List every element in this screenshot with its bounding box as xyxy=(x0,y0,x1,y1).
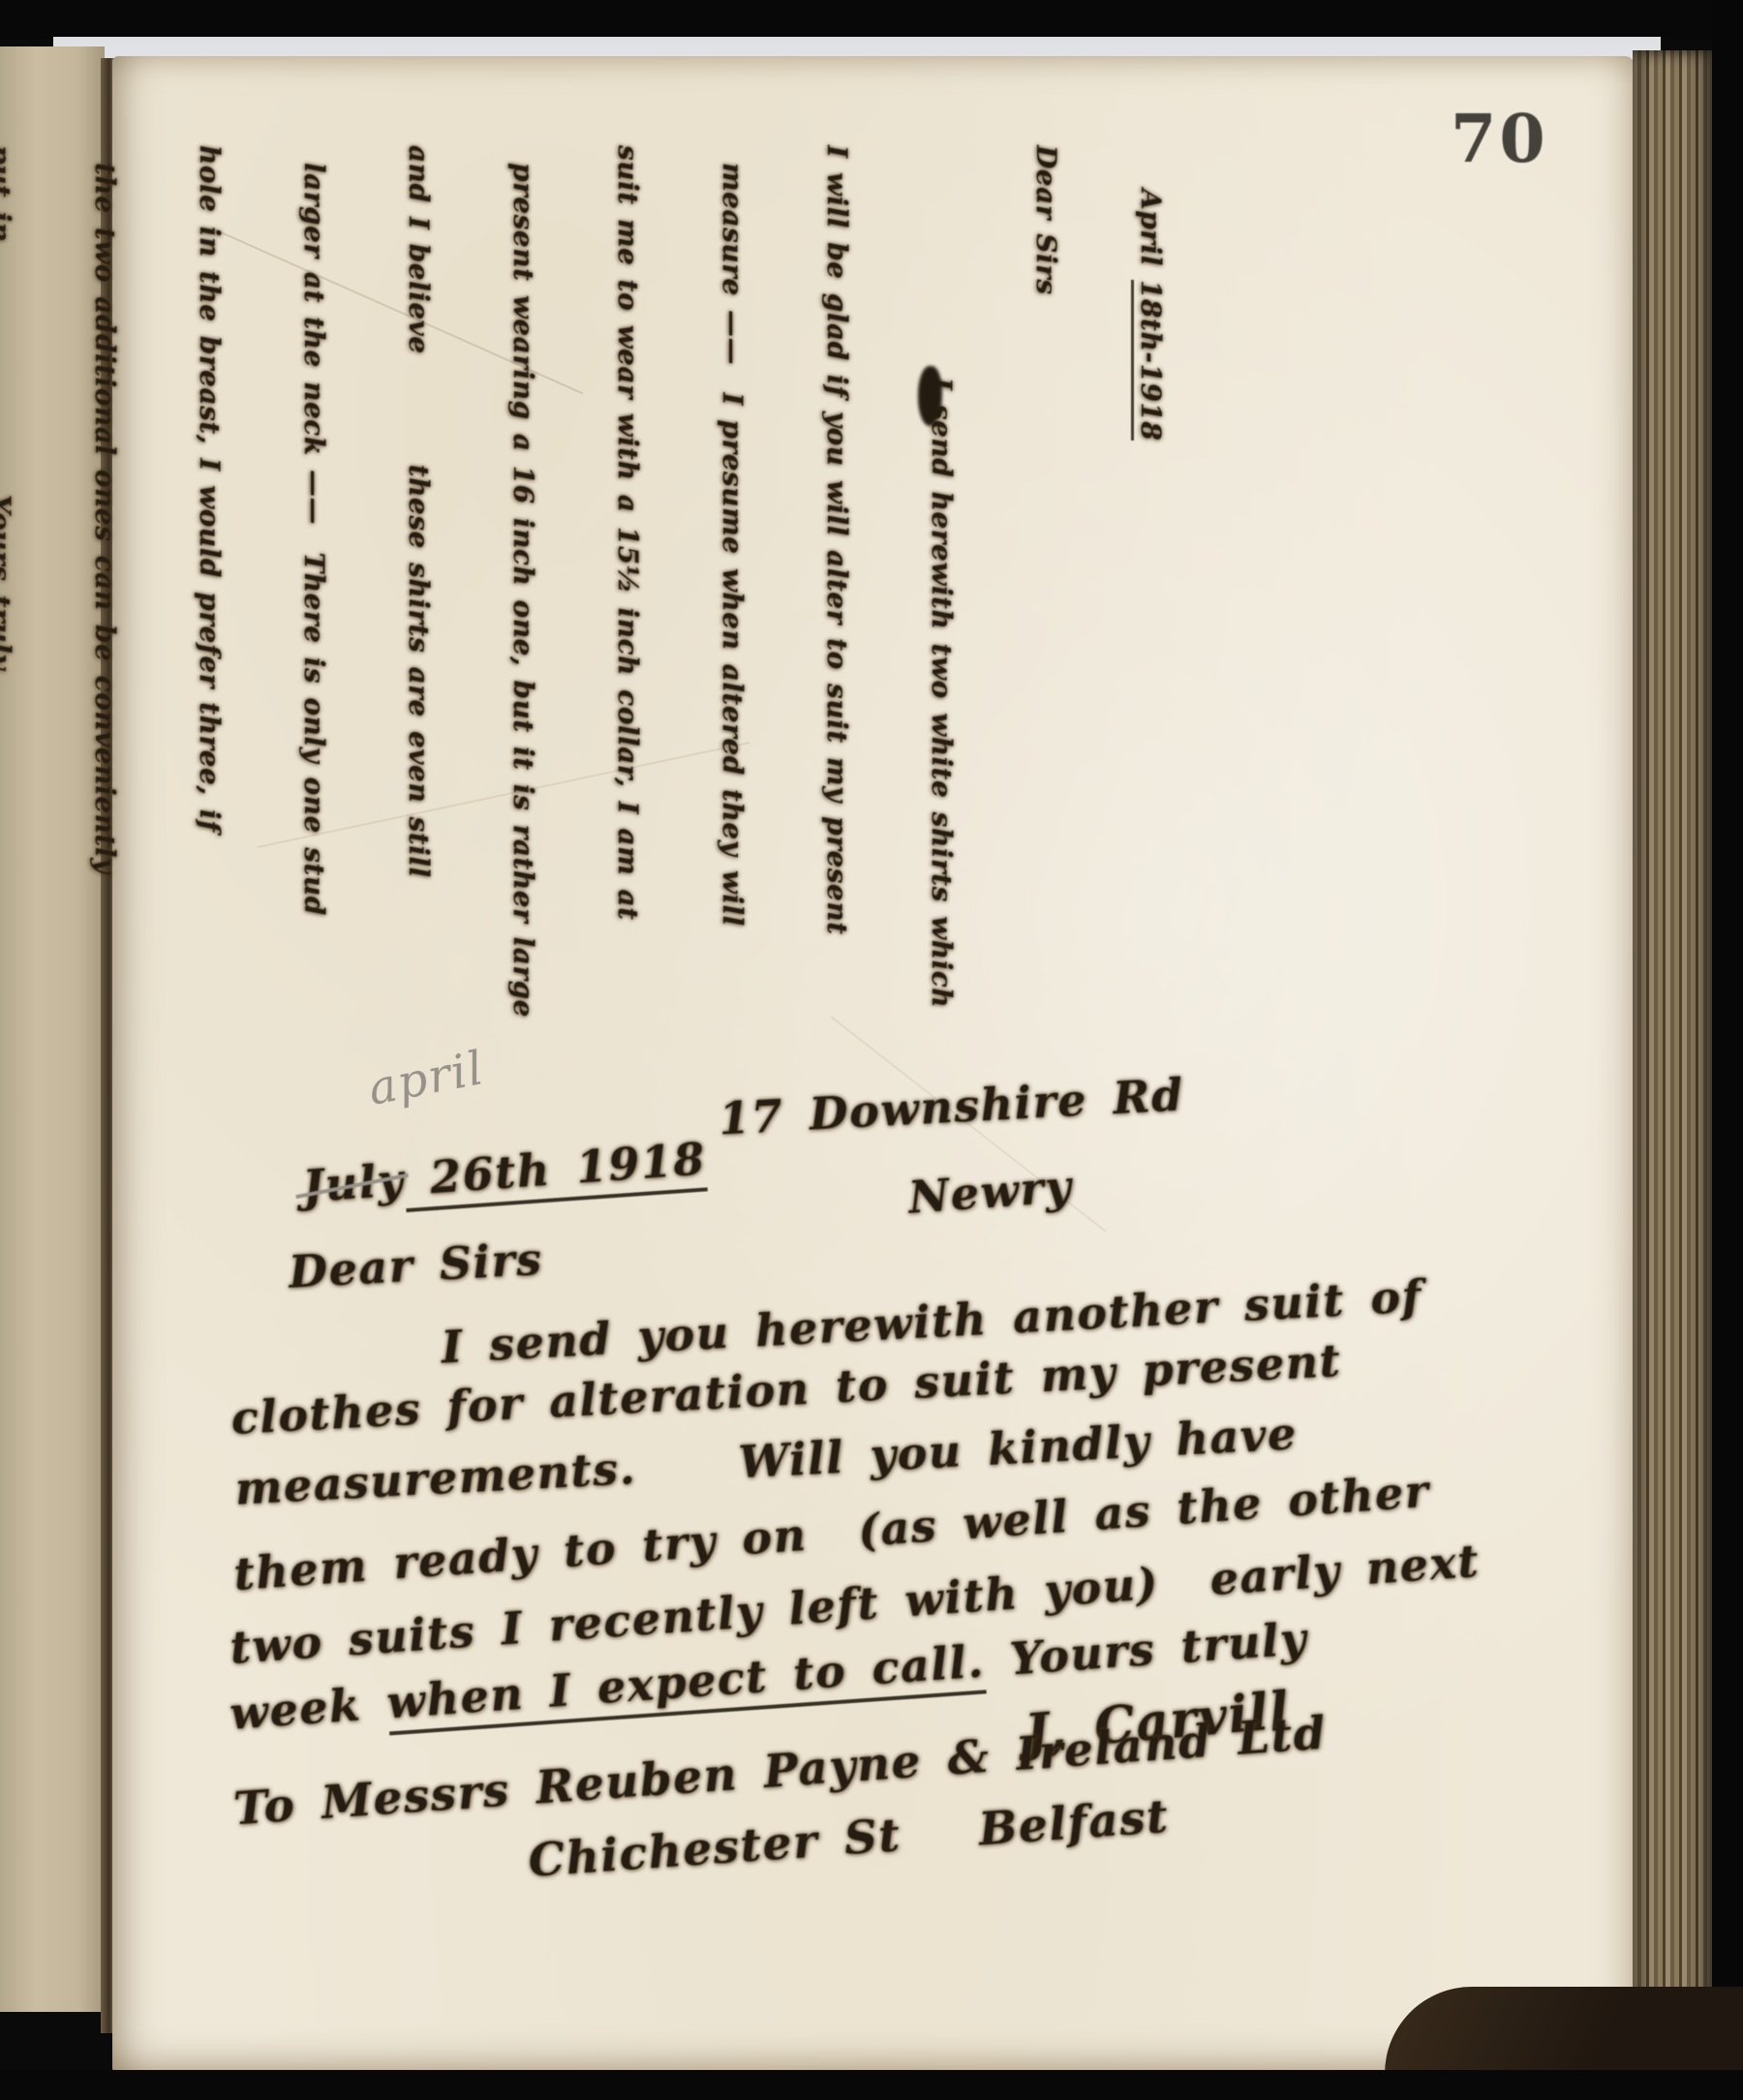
body-line: hole in the breast, I would prefer three… xyxy=(189,145,229,997)
body-line: larger at the neck —— There is only one … xyxy=(293,163,334,997)
body-line: I send herewith two white shirts which xyxy=(921,378,962,997)
rotated-letter: April 18th-1918 Dear Sirs I send herewit… xyxy=(576,145,1235,997)
closing-line: put in.Yours truly xyxy=(0,145,20,997)
backdrop-right xyxy=(1712,0,1743,2100)
body-line: and I believe these shirts are even stil… xyxy=(398,145,439,997)
book-photo: 70 April 18th-1918 Dear Sirs I send here… xyxy=(0,0,1743,2100)
struck-month: July xyxy=(301,1153,407,1212)
page-number: 70 xyxy=(1451,101,1548,178)
date-day-year: 18th-1918 xyxy=(1131,280,1167,441)
backdrop-top xyxy=(0,0,1743,39)
valediction: Yours truly xyxy=(0,495,16,670)
backdrop-bottom xyxy=(0,2070,1743,2100)
closing-text: put in. xyxy=(0,145,16,253)
body-line: present wearing a 16 inch one, but it is… xyxy=(503,163,543,997)
date-month: April xyxy=(1135,189,1167,280)
body-line: suit me to wear with a 15½ inch collar, … xyxy=(607,145,648,997)
rotated-letter-date: April 18th-1918 xyxy=(1130,189,1171,997)
body-line: the two additional ones can be convenien… xyxy=(84,163,125,997)
closing-text: week xyxy=(228,1677,388,1740)
body-line: measure —— I presume when altered they w… xyxy=(712,163,752,997)
closed-pages-stack xyxy=(1633,50,1718,2074)
salutation: Dear Sirs xyxy=(1025,145,1066,997)
body-line: I will be glad if you will alter to suit… xyxy=(816,145,857,997)
